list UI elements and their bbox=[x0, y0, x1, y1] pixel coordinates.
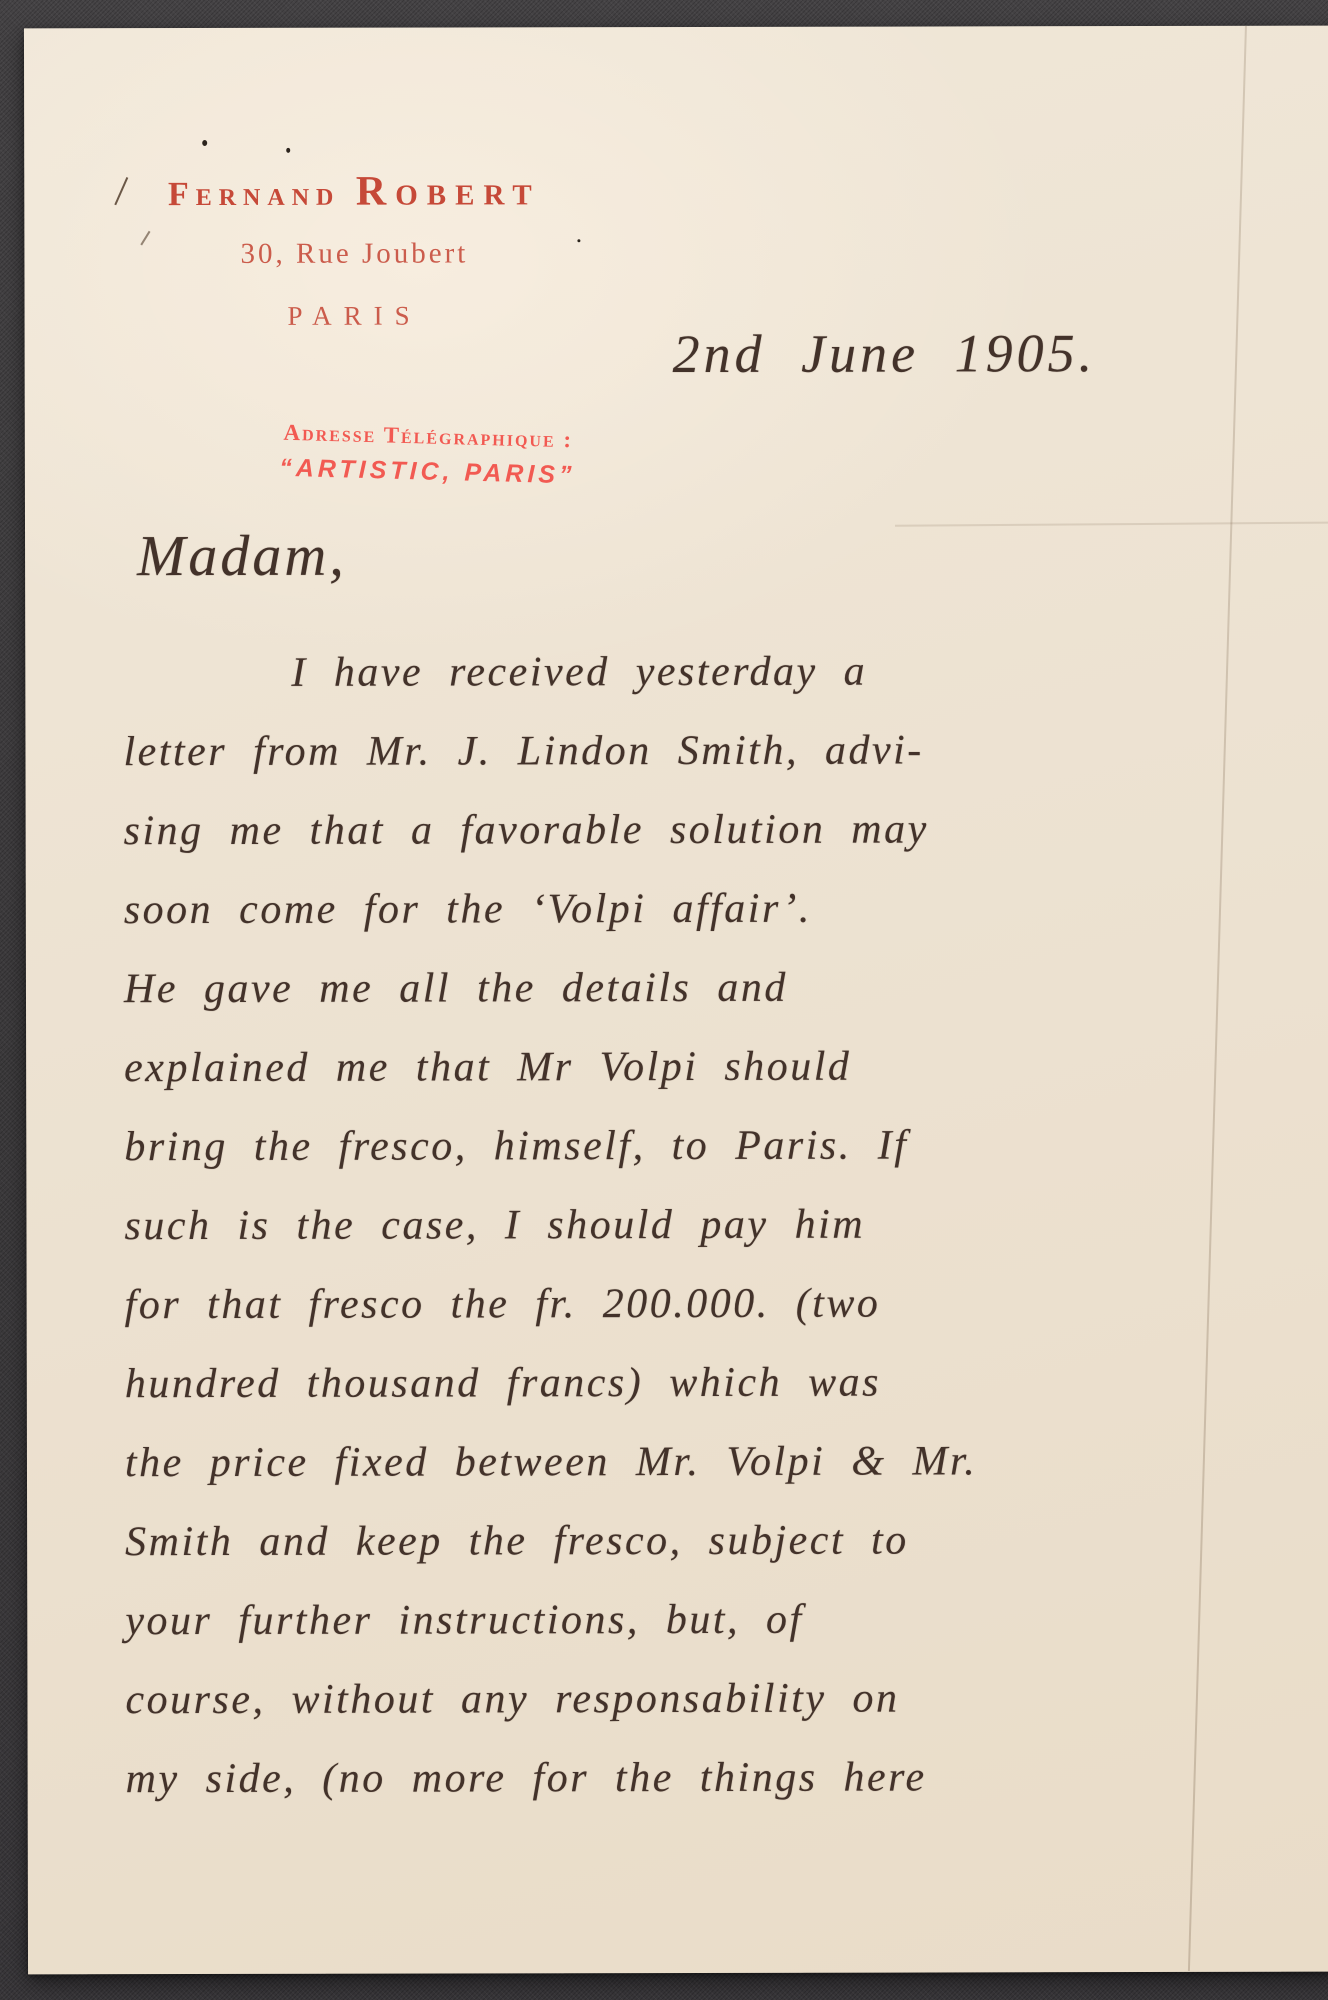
handwritten-line: sing me that a favorable solution may bbox=[124, 790, 1284, 871]
handwritten-line: hundred thousand francs) which was bbox=[125, 1343, 1285, 1424]
handwritten-line: explained me that Mr Volpi should bbox=[124, 1027, 1284, 1108]
letterhead-last-name: Robert bbox=[356, 168, 541, 214]
salutation: Madam, bbox=[137, 522, 347, 589]
telegraph-address-stamp: Adresse Télégraphique : “ARTISTIC, PARIS… bbox=[252, 419, 604, 491]
letterhead-city: PARIS bbox=[145, 300, 565, 332]
stamp-line-2: “ARTISTIC, PARIS” bbox=[252, 453, 603, 491]
letterhead: Fernand Robert 30, Rue Joubert PARIS bbox=[144, 167, 564, 332]
letter-page: Fernand Robert 30, Rue Joubert PARIS Adr… bbox=[24, 26, 1328, 1975]
stamp-line-1: Adresse Télégraphique : bbox=[253, 419, 604, 454]
paper-speck bbox=[577, 239, 580, 242]
handwritten-line: bring the fresco, himself, to Paris. If bbox=[124, 1106, 1284, 1187]
letterhead-name: Fernand Robert bbox=[144, 167, 564, 216]
paper-scratch bbox=[114, 177, 128, 205]
letter-date: 2nd June 1905. bbox=[673, 322, 1097, 385]
handwritten-line: letter from Mr. J. Lindon Smith, advi- bbox=[123, 711, 1283, 792]
handwritten-line: I have received yesterday a bbox=[123, 632, 1283, 713]
paper-speck bbox=[202, 140, 207, 146]
handwritten-line: my side, (no more for the things here bbox=[126, 1738, 1286, 1819]
letterhead-first-name: Fernand bbox=[168, 176, 341, 213]
letter-body: I have received yesterday aletter from M… bbox=[123, 632, 1285, 1819]
handwritten-line: course, without any responsability on bbox=[125, 1659, 1285, 1740]
paper-speck bbox=[286, 148, 290, 153]
horizontal-fold-crease bbox=[895, 521, 1328, 526]
handwritten-line: the price fixed between Mr. Volpi & Mr. bbox=[125, 1422, 1285, 1503]
handwritten-line: your further instructions, but, of bbox=[125, 1580, 1285, 1661]
scan-background: { "window": { "background": "#413f41" },… bbox=[0, 0, 1328, 2000]
handwritten-line: for that fresco the fr. 200.000. (two bbox=[125, 1264, 1285, 1345]
handwritten-line: soon come for the ‘Volpi affair’. bbox=[124, 869, 1284, 950]
handwritten-line: Smith and keep the fresco, subject to bbox=[125, 1501, 1285, 1582]
letterhead-address: 30, Rue Joubert bbox=[144, 237, 564, 271]
handwritten-line: such is the case, I should pay him bbox=[124, 1185, 1284, 1266]
handwritten-line: He gave me all the details and bbox=[124, 948, 1284, 1029]
